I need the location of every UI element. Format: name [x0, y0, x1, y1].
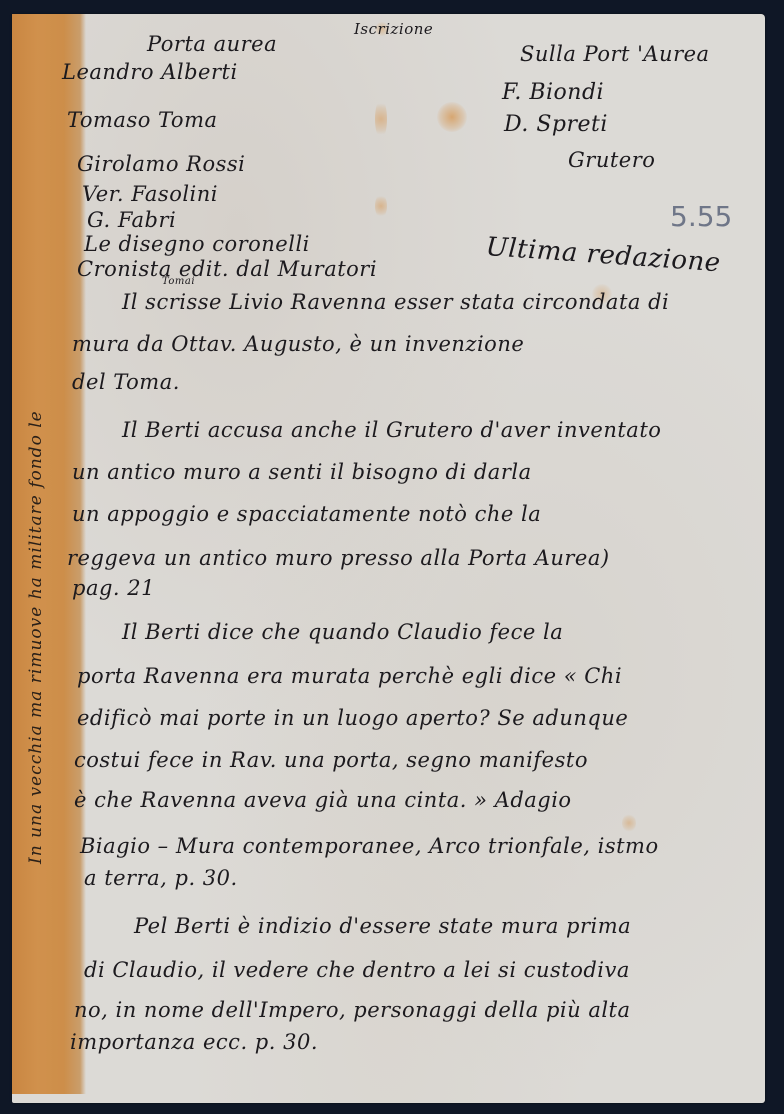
paragraph-line: Il Berti dice che quando Claudio fece la	[122, 620, 563, 644]
stain-spot	[375, 194, 387, 218]
paragraph-line: pag. 21	[72, 576, 155, 600]
paragraph-line: porta Ravenna era murata perchè egli dic…	[77, 664, 622, 688]
manuscript-page: Iscrizione Porta aurea Leandro Alberti T…	[12, 14, 765, 1103]
left-list-item: Leandro Alberti	[62, 60, 238, 84]
left-list-heading: Porta aurea	[147, 32, 277, 56]
paragraph-line: del Toma.	[72, 370, 180, 394]
right-list-heading: Sulla Port 'Aurea	[520, 42, 710, 66]
paragraph-line: edificò mai porte in un luogo aperto? Se…	[77, 706, 628, 730]
stain-spot	[622, 814, 636, 832]
paragraph-line: un appoggio e spacciatamente notò che la	[72, 502, 541, 526]
right-list-item: D. Spreti	[504, 112, 608, 137]
left-list-item: G. Fabri	[87, 208, 176, 232]
left-list-item: Girolamo Rossi	[77, 152, 245, 176]
margin-note: In una vecchia ma rimuove ha militare fo…	[26, 410, 46, 864]
paragraph-line: mura da Ottav. Augusto, è un invenzione	[72, 332, 524, 356]
left-list-item: Le disegno coronelli	[84, 232, 310, 256]
right-list-item: F. Biondi	[502, 80, 604, 105]
top-label: Iscrizione	[354, 20, 433, 38]
paragraph-line: è che Ravenna aveva già una cinta. » Ada…	[74, 788, 572, 812]
stain-spot	[437, 102, 467, 132]
paragraph-line: a terra, p. 30.	[84, 866, 238, 890]
paragraph-line: no, in nome dell'Impero, personaggi dell…	[74, 998, 631, 1022]
left-list-item: Ver. Fasolini	[82, 182, 218, 206]
left-list-item: Tomaso Toma	[67, 108, 218, 132]
paragraph-line: costui fece in Rav. una porta, segno man…	[74, 748, 588, 772]
paragraph-line: Pel Berti è indizio d'essere state mura …	[134, 914, 631, 938]
stain-spot	[375, 99, 387, 139]
interlinear-note: Tomai	[162, 276, 195, 287]
section-title: Ultima redazione	[485, 232, 722, 278]
paragraph-line: importanza ecc. p. 30.	[70, 1030, 318, 1054]
scan-frame: Iscrizione Porta aurea Leandro Alberti T…	[0, 0, 784, 1114]
right-list-item: Grutero	[568, 148, 655, 172]
paragraph-line: reggeva un antico muro presso alla Porta…	[67, 546, 610, 570]
paragraph-line: Il scrisse Livio Ravenna esser stata cir…	[122, 290, 669, 314]
archive-number: 5.55	[670, 200, 732, 233]
paragraph-line: di Claudio, il vedere che dentro a lei s…	[84, 958, 630, 982]
paragraph-line: Biagio – Mura contemporanee, Arco trionf…	[80, 834, 659, 858]
paragraph-line: Il Berti accusa anche il Grutero d'aver …	[122, 418, 661, 442]
left-list-item: Cronista edit. dal Muratori	[77, 257, 377, 281]
paragraph-line: un antico muro a senti il bisogno di dar…	[72, 460, 532, 484]
